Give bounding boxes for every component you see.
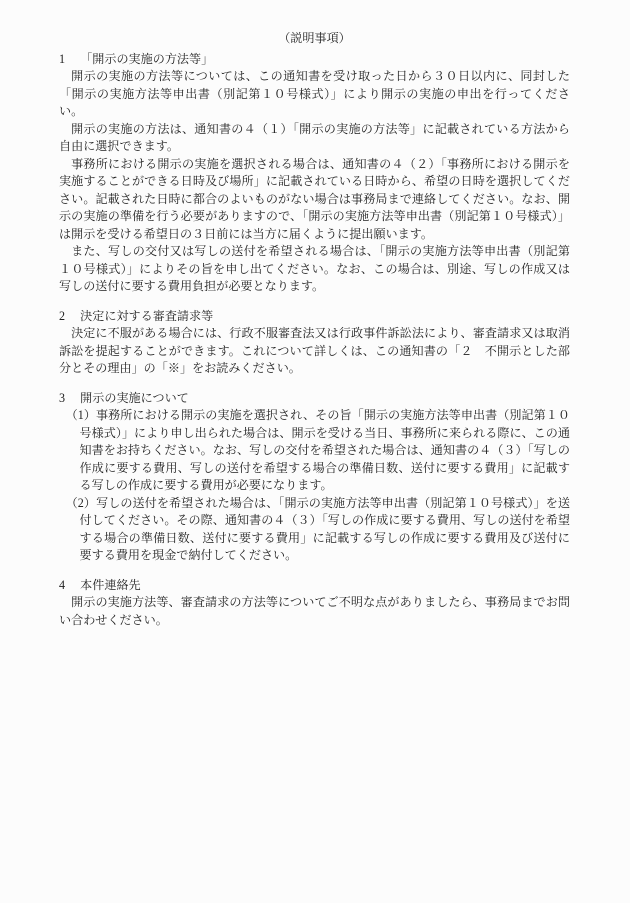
- section-4-heading: 4本件連絡先: [59, 577, 570, 595]
- section-1-heading: 1「開示の実施の方法等」: [59, 51, 570, 69]
- document-page: （説明事項） 1「開示の実施の方法等」 開示の実施の方法等については、この通知書…: [0, 0, 630, 903]
- section-appeal-request: 2決定に対する審査請求等 決定に不服がある場合には、行政不服審査法又は行政事件訴…: [59, 308, 570, 378]
- section-4-title: 本件連絡先: [80, 578, 140, 592]
- section-3-subitem-1: （1）事務所における開示の実施を選択され、その旨「開示の実施方法等申出書（別記第…: [66, 407, 570, 495]
- section-2-title: 決定に対する審査請求等: [80, 309, 213, 323]
- section-1-paragraph-2: 開示の実施の方法は、通知書の４（１）「開示の実施の方法等」に記載されている方法か…: [59, 121, 570, 156]
- subitem-2-text: 写しの送付を希望された場合は、「開示の実施方法等申出書（別記第１０号様式）」を送…: [80, 496, 570, 563]
- subitem-2-marker: （2）: [66, 496, 96, 510]
- section-disclosure-implementation: 3開示の実施について （1）事務所における開示の実施を選択され、その旨「開示の実…: [59, 390, 570, 565]
- section-3-subitem-2: （2）写しの送付を希望された場合は、「開示の実施方法等申出書（別記第１０号様式）…: [66, 495, 570, 565]
- section-contact: 4本件連絡先 開示の実施方法等、審査請求の方法等についてご不明な点がありましたら…: [59, 577, 570, 630]
- subitem-1-marker: （1）: [66, 408, 96, 422]
- document-title: （説明事項）: [59, 30, 570, 48]
- subitem-1-text: 事務所における開示の実施を選択され、その旨「開示の実施方法等申出書（別記第１０号…: [80, 408, 570, 492]
- section-1-number: 1: [59, 51, 80, 69]
- section-4-number: 4: [59, 577, 80, 595]
- section-4-paragraph-1: 開示の実施方法等、審査請求の方法等についてご不明な点がありましたら、事務局までお…: [59, 594, 570, 629]
- section-1-paragraph-4: また、写しの交付又は写しの送付を希望される場合は、「開示の実施方法等申出書（別記…: [59, 243, 570, 296]
- section-3-number: 3: [59, 390, 80, 408]
- section-3-title: 開示の実施について: [80, 391, 189, 405]
- section-1-title: 「開示の実施の方法等」: [80, 52, 213, 66]
- section-1-paragraph-3: 事務所における開示の実施を選択される場合は、通知書の４（２）「事務所における開示…: [59, 156, 570, 244]
- section-3-heading: 3開示の実施について: [59, 390, 570, 408]
- section-2-paragraph-1: 決定に不服がある場合には、行政不服審査法又は行政事件訴訟法により、審査請求又は取…: [59, 325, 570, 378]
- section-disclosure-method: 1「開示の実施の方法等」 開示の実施の方法等については、この通知書を受け取った日…: [59, 51, 570, 296]
- section-2-number: 2: [59, 308, 80, 326]
- section-2-heading: 2決定に対する審査請求等: [59, 308, 570, 326]
- section-1-paragraph-1: 開示の実施の方法等については、この通知書を受け取った日から３０日以内に、同封した…: [59, 68, 570, 121]
